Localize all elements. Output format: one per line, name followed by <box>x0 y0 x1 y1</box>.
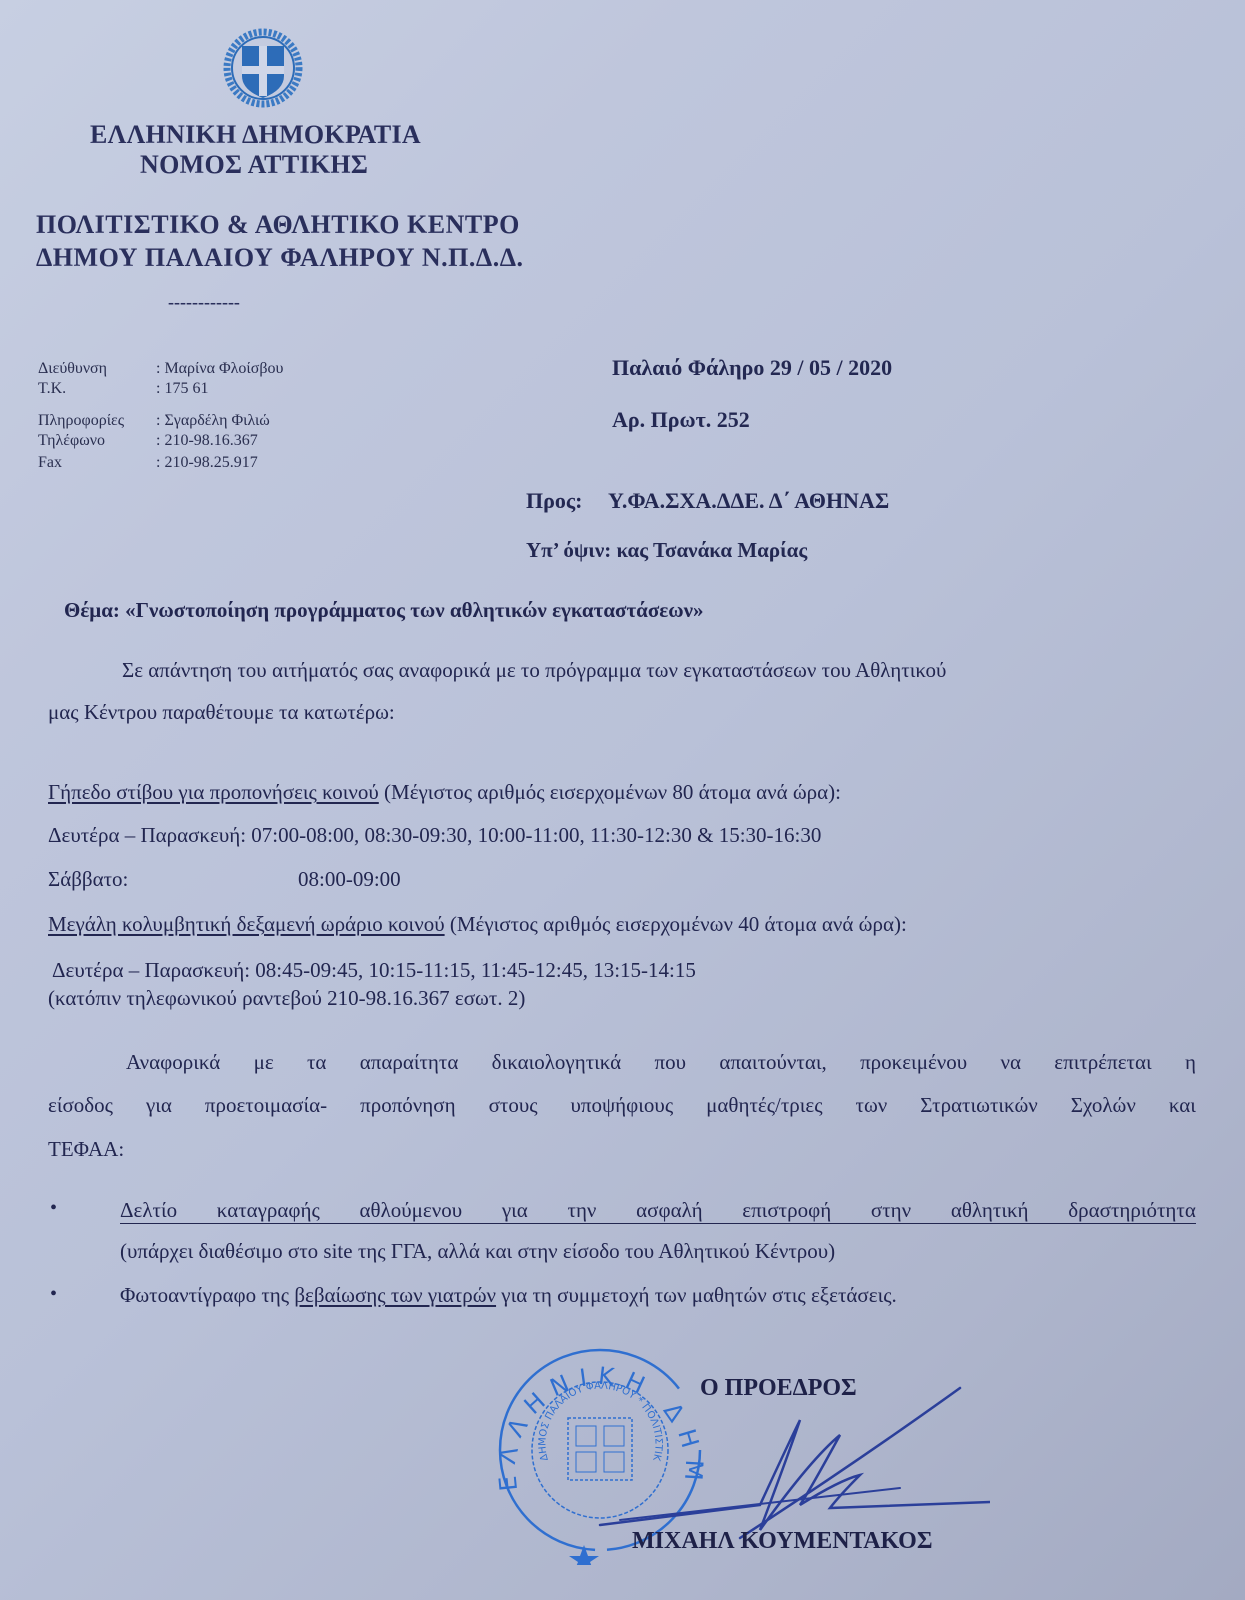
requirements-line1: Αναφορικάμετααπαραίτηταδικαιολογητικάπου… <box>126 1050 1196 1075</box>
contact-label-address: Διεύθυνση <box>38 360 107 378</box>
bullet-1-note: (υπάρχει διαθέσιμο στο site της ΓΓΑ, αλλ… <box>120 1239 835 1264</box>
organization-name-line2: ΔΗΜΟΥ ΠΑΛΑΙΟΥ ΦΑΛΗΡΟΥ Ν.Π.Δ.Δ. <box>36 243 524 273</box>
intro-line1: Σε απάντηση του αιτήματός σας αναφορικά … <box>122 658 1192 683</box>
word: προπόνηση <box>360 1093 455 1118</box>
word: επιτρέπεται <box>1054 1050 1151 1075</box>
word: την <box>568 1197 597 1223</box>
intro-line2: μας Κέντρου παραθέτουμε τα κατωτέρω: <box>48 700 395 725</box>
requirements-line3: ΤΕΦΑΑ: <box>48 1137 124 1162</box>
handwritten-signature <box>560 1380 990 1550</box>
word: είσοδος <box>48 1093 113 1118</box>
pool-appointment-note: (κατόπιν τηλεφωνικού ραντεβού 210-98.16.… <box>48 986 525 1011</box>
recipient-value: Υ.ΦΑ.ΣΧΑ.ΔΔΕ. Δ΄ ΑΘΗΝΑΣ <box>608 488 889 514</box>
intro-text: Σε απάντηση του αιτήματός σας αναφορικά … <box>122 658 946 682</box>
word: υποψήφιους <box>571 1093 674 1118</box>
place-date: Παλαιό Φάληρο 29 / 05 / 2020 <box>612 355 892 381</box>
word: η <box>1185 1050 1196 1075</box>
pool-title: Μεγάλη κολυμβητική δεξαμενή ωράριο κοινο… <box>48 912 445 936</box>
word: καταγραφής <box>217 1197 320 1223</box>
track-saturday-hours: 08:00-09:00 <box>298 867 401 892</box>
track-title: Γήπεδο στίβου για προπονήσεις κοινού <box>48 780 379 804</box>
word: Δελτίο <box>120 1197 177 1223</box>
contact-value-phone: : 210-98.16.367 <box>156 432 258 450</box>
contact-label-fax: Fax <box>38 454 62 472</box>
word: μαθητές/τριες <box>706 1093 822 1118</box>
contact-label-postcode: Τ.Κ. <box>38 380 66 398</box>
signatory-name: ΜΙΧΑΗΛ ΚΟΥΜΕΝΤΑΚΟΣ <box>632 1528 933 1555</box>
word: για <box>502 1197 528 1223</box>
contact-label-info: Πληροφορίες <box>38 412 124 430</box>
contact-value-fax: : 210-98.25.917 <box>156 454 258 472</box>
word: Σχολών <box>1071 1093 1136 1118</box>
protocol-number: Αρ. Πρωτ. 252 <box>612 407 750 433</box>
word: των <box>856 1093 888 1118</box>
pool-capacity: (Μέγιστος αριθμός εισερχομένων 40 άτομα … <box>445 912 907 936</box>
bullet-2-text: Φωτοαντίγραφο της βεβαίωσης των γιατρών … <box>120 1283 897 1308</box>
bullet-2-suffix: για τη συμμετοχή των μαθητών στις εξετάσ… <box>496 1283 897 1307</box>
recipient-label: Προς: <box>526 488 583 514</box>
contact-value-address: : Μαρίνα Φλοίσβου <box>156 360 283 378</box>
word: με <box>254 1050 274 1075</box>
word: Αναφορικά <box>126 1050 220 1075</box>
bullet-marker: • <box>50 1283 57 1306</box>
word: στην <box>871 1197 911 1223</box>
word: στους <box>489 1093 538 1118</box>
word: αθλούμενου <box>360 1197 463 1223</box>
word: ασφαλή <box>636 1197 702 1223</box>
word: επιστροφή <box>742 1197 831 1223</box>
word: απαραίτητα <box>360 1050 459 1075</box>
pool-weekday-hours: Δευτέρα – Παρασκευή: 08:45-09:45, 10:15-… <box>52 958 696 983</box>
track-capacity: (Μέγιστος αριθμός εισερχομένων 80 άτομα … <box>379 780 841 804</box>
subject-line: Θέμα: «Γνωστοποίηση προγράμματος των αθλ… <box>64 598 704 623</box>
word: απαιτούνται, <box>719 1050 826 1075</box>
track-heading: Γήπεδο στίβου για προπονήσεις κοινού (Μέ… <box>48 780 841 805</box>
republic-title: ΕΛΛΗΝΙΚΗ ΔΗΜΟΚΡΑΤΙΑ <box>90 120 421 150</box>
requirements-line2: είσοδοςγιαπροετοιμασία-προπόνησηστουςυπο… <box>48 1093 1196 1118</box>
greek-coat-of-arms-icon <box>222 28 304 108</box>
word: προκειμένου <box>860 1050 967 1075</box>
bullet-2-prefix: Φωτοαντίγραφο της <box>120 1283 294 1307</box>
word: τα <box>307 1050 326 1075</box>
word: δικαιολογητικά <box>492 1050 622 1075</box>
contact-value-info: : Σγαρδέλη Φιλιώ <box>156 412 270 430</box>
track-weekday-hours: Δευτέρα – Παρασκευή: 07:00-08:00, 08:30-… <box>48 823 821 848</box>
header-separator: ------------ <box>168 292 240 313</box>
word: αθλητική <box>951 1197 1029 1223</box>
word: για <box>146 1093 172 1118</box>
bullet-1-title: Δελτίοκαταγραφήςαθλούμενουγιατηνασφαλήεπ… <box>120 1197 1196 1224</box>
word: προετοιμασία- <box>205 1093 327 1118</box>
bullet-2-underlined: βεβαίωσης των γιατρών <box>294 1283 496 1307</box>
contact-label-phone: Τηλέφωνο <box>38 432 105 450</box>
word: να <box>1000 1050 1021 1075</box>
word: δραστηριότητα <box>1068 1197 1196 1223</box>
track-saturday-label: Σάββατο: <box>48 867 128 892</box>
contact-value-postcode: : 175 61 <box>156 380 208 398</box>
word: που <box>655 1050 687 1075</box>
word: και <box>1169 1093 1196 1118</box>
word: Στρατιωτικών <box>920 1093 1037 1118</box>
bullet-marker: • <box>50 1197 57 1220</box>
pool-heading: Μεγάλη κολυμβητική δεξαμενή ωράριο κοινο… <box>48 912 907 937</box>
organization-name: ΠΟΛΙΤΙΣΤΙΚΟ & ΑΘΛΗΤΙΚΟ ΚΕΝΤΡΟ <box>36 210 520 240</box>
attention-line: Υπ’ όψιν: κας Τσανάκα Μαρίας <box>526 538 807 563</box>
prefecture-title: ΝΟΜΟΣ ΑΤΤΙΚΗΣ <box>140 150 368 180</box>
